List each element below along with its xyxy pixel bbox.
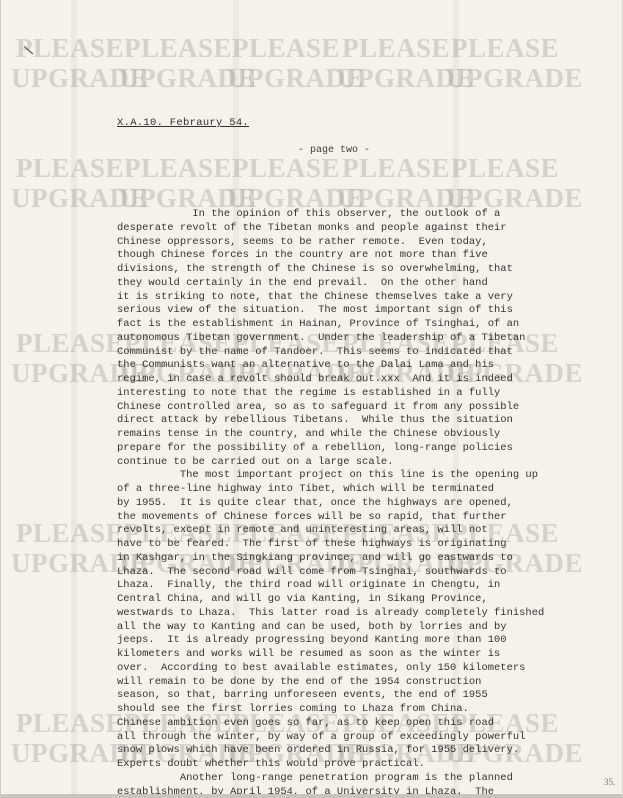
corner-pen-mark: \ xyxy=(23,43,36,61)
text-line: divisions, the strength of the Chinese i… xyxy=(117,263,617,277)
text-line: serious view of the situation. The most … xyxy=(117,304,617,318)
text-line: over. According to best available estima… xyxy=(117,662,617,676)
text-line: Lhaza. Finally, the third road will orig… xyxy=(117,579,617,593)
text-line: Chinese ambition even goes so far, as to… xyxy=(117,717,617,731)
text-line: establishment, by April 1954, of a Unive… xyxy=(117,786,617,798)
text-line: autonomous Tibetan government. Under the… xyxy=(117,332,617,346)
text-line: desperate revolt of the Tibetan monks an… xyxy=(117,222,617,236)
text-line: Chinese controlled area, so as to safegu… xyxy=(117,401,617,415)
watermark-please: PLEASE xyxy=(451,33,559,64)
text-line: Experts doubt whether this would prove p… xyxy=(117,758,617,772)
watermark-please: PLEASE xyxy=(232,33,340,64)
text-line: should see the first lorries coming to L… xyxy=(117,703,617,717)
text-line: though Chinese forces in the country are… xyxy=(117,249,617,263)
text-line: interesting to note that the regime is e… xyxy=(117,387,617,401)
watermark-please: PLEASE xyxy=(124,33,232,64)
text-line: all through the winter, by way of a grou… xyxy=(117,731,617,745)
text-line: The most important project on this line … xyxy=(117,469,617,483)
text-line: Lhaza. The second road will come from Ts… xyxy=(117,566,617,580)
text-line: by 1955. It is quite clear that, once th… xyxy=(117,497,617,511)
text-line: Another long-range penetration program i… xyxy=(117,772,617,786)
text-line: direct attack by rebellious Tibetans. Wh… xyxy=(117,414,617,428)
text-line: Central China, and will go via Kanting, … xyxy=(117,593,617,607)
watermark-upgrade: UPGRADE xyxy=(11,63,148,94)
text-line: remains tense in the country, and while … xyxy=(117,428,617,442)
text-line: revolts, except in remote and uninterest… xyxy=(117,524,617,538)
text-line: have to be feared. The first of these hi… xyxy=(117,538,617,552)
watermark-upgrade: UPGRADE xyxy=(446,63,583,94)
text-line: season, so that, barring unforeseen even… xyxy=(117,689,617,703)
text-line: westwards to Lhaza. This latter road is … xyxy=(117,607,617,621)
watermark-please: PLEASE xyxy=(232,153,340,184)
watermark-please: PLEASE xyxy=(342,153,450,184)
body-text: In the opinion of this observer, the out… xyxy=(117,208,617,798)
watermark-please: PLEASE xyxy=(451,153,559,184)
text-line: Communist by the name of Tandoer. This s… xyxy=(117,346,617,360)
watermark-please: PLEASE xyxy=(342,33,450,64)
text-line: it is striking to note, that the Chinese… xyxy=(117,291,617,305)
text-line: will remain to be done by the end of the… xyxy=(117,676,617,690)
text-line: continue to be carried out on a large sc… xyxy=(117,456,617,470)
text-line: the movements of Chinese forces will be … xyxy=(117,511,617,525)
document-page: PLEASEUPGRADEPLEASEUPGRADEPLEASEUPGRADEP… xyxy=(0,0,622,798)
text-line: In the opinion of this observer, the out… xyxy=(117,208,617,222)
page-label: - page two - xyxy=(298,145,370,156)
text-line: all the way to Kanting and can be used, … xyxy=(117,621,617,635)
text-line: Chinese oppressors, seems to be rather r… xyxy=(117,236,617,250)
text-line: kilometers and works will be resumed as … xyxy=(117,648,617,662)
text-line: they would certainly in the end prevail.… xyxy=(117,277,617,291)
text-line: of a three-line highway into Tibet, whic… xyxy=(117,483,617,497)
text-line: the Communists want an alternative to th… xyxy=(117,359,617,373)
text-line: snow plows which have been ordered in Ru… xyxy=(117,744,617,758)
text-line: in Kashgar, in the Singkiang province, a… xyxy=(117,552,617,566)
text-line: jeeps. It is already progressing beyond … xyxy=(117,634,617,648)
watermark-upgrade: UPGRADE xyxy=(227,63,364,94)
watermark-please: PLEASE xyxy=(124,153,232,184)
text-line: prepare for the possibility of a rebelli… xyxy=(117,442,617,456)
text-line: regime, in case a revolt should break ou… xyxy=(117,373,617,387)
scan-streak xyxy=(71,0,77,794)
page-number: 35. xyxy=(604,777,615,787)
text-line: fact is the establishment in Hainan, Pro… xyxy=(117,318,617,332)
document-reference: X.A.10. Febraury 54. xyxy=(117,117,249,129)
